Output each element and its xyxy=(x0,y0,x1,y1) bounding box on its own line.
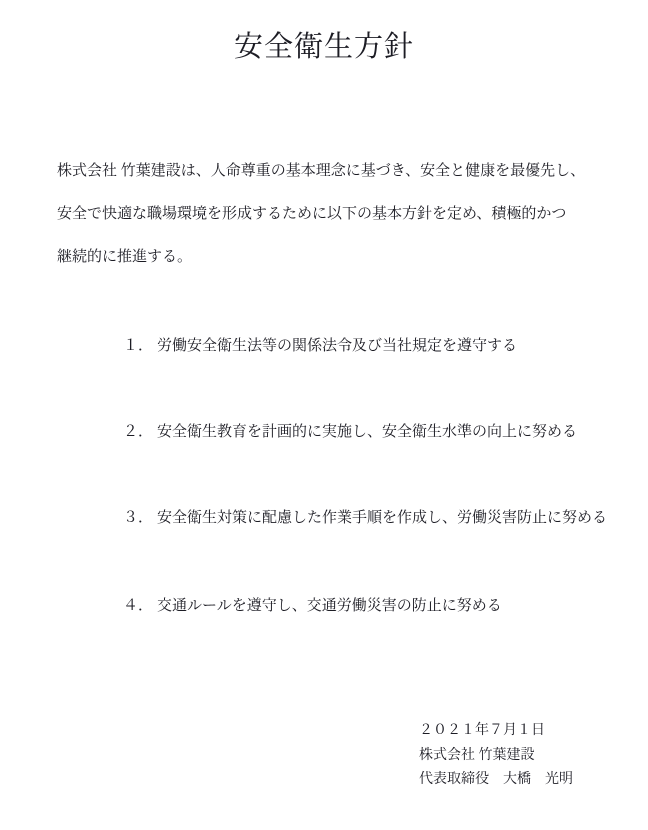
signature-date: ２０２１年７月１日 xyxy=(419,719,573,744)
signature-company: 株式会社 竹葉建設 xyxy=(419,744,573,769)
policy-item-1-number: １． xyxy=(123,336,153,356)
signature-representative: 代表取締役 大橋 光明 xyxy=(419,768,573,793)
document-page: 安全衛生方針 株式会社 竹葉建設は、人命尊重の基本理念に基づき、安全と健康を最優… xyxy=(0,0,648,830)
policy-item-2-text: 安全衛生教育を計画的に実施し、安全衛生水準の向上に努める xyxy=(157,422,577,442)
policy-item-2-number: ２． xyxy=(123,422,153,442)
intro-line-2: 安全で快適な職場環境を形成するために以下の基本方針を定め、積極的かつ xyxy=(57,193,617,236)
intro-line-3: 継続的に推進する。 xyxy=(57,236,617,279)
signature-block: ２０２１年７月１日 株式会社 竹葉建設 代表取締役 大橋 光明 xyxy=(419,719,573,793)
policy-item-3-text: 安全衛生対策に配慮した作業手順を作成し、労働災害防止に努める xyxy=(157,508,607,528)
policy-item-4-number: ４． xyxy=(123,596,153,616)
policy-item-2: ２．安全衛生教育を計画的に実施し、安全衛生水準の向上に努める xyxy=(123,422,577,442)
document-title: 安全衛生方針 xyxy=(0,31,648,64)
policy-item-4: ４．交通ルールを遵守し、交通労働災害の防止に努める xyxy=(123,596,502,616)
policy-item-1-text: 労働安全衛生法等の関係法令及び当社規定を遵守する xyxy=(157,336,517,356)
policy-item-3: ３．安全衛生対策に配慮した作業手順を作成し、労働災害防止に努める xyxy=(123,508,607,528)
policy-item-1: １．労働安全衛生法等の関係法令及び当社規定を遵守する xyxy=(123,336,517,356)
policy-item-4-text: 交通ルールを遵守し、交通労働災害の防止に努める xyxy=(157,596,502,616)
intro-paragraph: 株式会社 竹葉建設は、人命尊重の基本理念に基づき、安全と健康を最優先し、 安全で… xyxy=(57,150,617,279)
policy-item-3-number: ３． xyxy=(123,508,153,528)
intro-line-1: 株式会社 竹葉建設は、人命尊重の基本理念に基づき、安全と健康を最優先し、 xyxy=(57,150,617,193)
